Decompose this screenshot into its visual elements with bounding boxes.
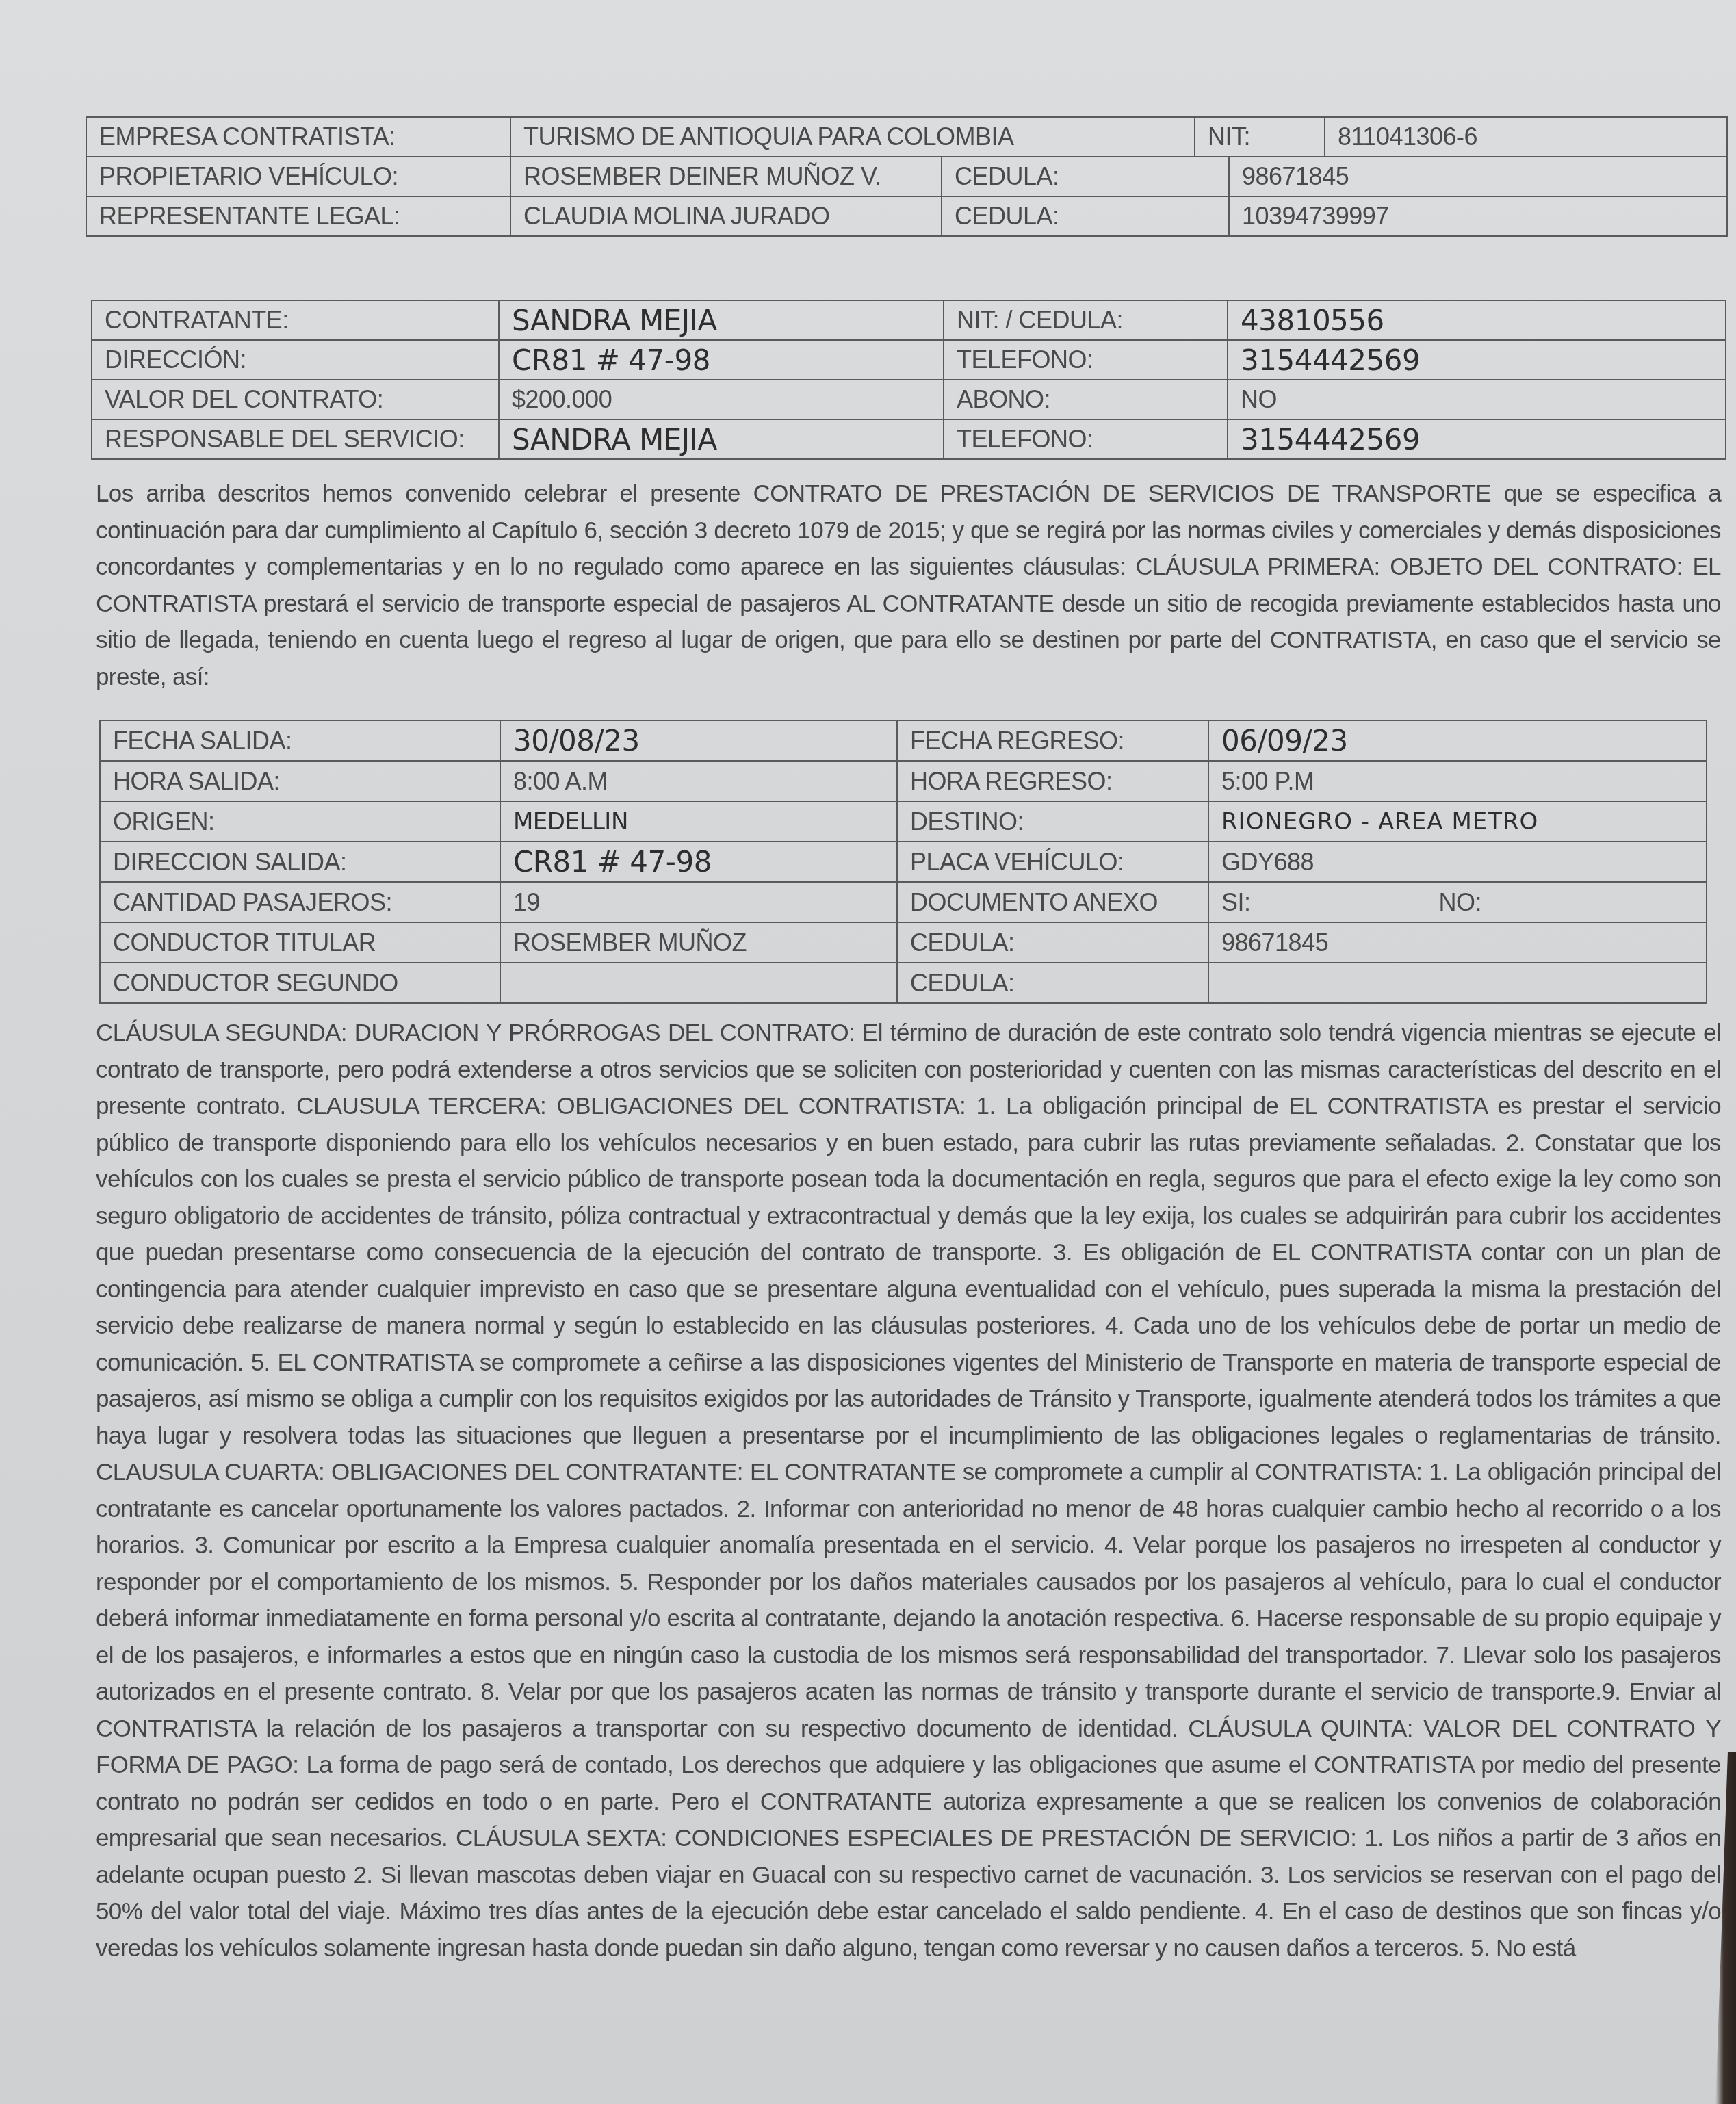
- field-label: CEDULA:: [897, 963, 1208, 1003]
- field-label: CANTIDAD PASAJEROS:: [100, 882, 500, 922]
- second-driver-id: [1208, 963, 1707, 1003]
- departure-address: CR81 # 47-98: [500, 842, 897, 882]
- field-label: NIT: / CEDULA:: [944, 300, 1228, 340]
- legal-representative: CLAUDIA MOLINA JURADO: [510, 196, 942, 236]
- field-label: PROPIETARIO VEHÍCULO:: [86, 157, 510, 196]
- representative-id: 10394739997: [1229, 196, 1727, 236]
- passenger-count: 19: [500, 882, 897, 922]
- owner-id: 98671845: [1229, 157, 1727, 196]
- field-label: NIT:: [1195, 117, 1325, 157]
- table-row: RESPONSABLE DEL SERVICIO: SANDRA MEJIA T…: [92, 419, 1726, 459]
- field-label: EMPRESA CONTRATISTA:: [86, 117, 510, 157]
- field-label: CEDULA:: [942, 157, 1229, 196]
- contractor-table-lower: PROPIETARIO VEHÍCULO: ROSEMBER DEINER MU…: [86, 156, 1728, 237]
- field-label: CONDUCTOR SEGUNDO: [100, 963, 500, 1003]
- table-row: VALOR DEL CONTRATO: $200.000 ABONO: NO: [92, 380, 1726, 419]
- table-row: DIRECCION SALIDA: CR81 # 47-98 PLACA VEH…: [100, 842, 1707, 882]
- annex-no-option: NO:: [1438, 888, 1481, 917]
- table-row: EMPRESA CONTRATISTA: TURISMO DE ANTIOQUI…: [86, 117, 1727, 157]
- return-time: 5:00 P.M: [1208, 761, 1707, 801]
- field-label: HORA SALIDA:: [100, 761, 500, 801]
- origin: MEDELLIN: [500, 801, 897, 842]
- field-label: VALOR DEL CONTRATO:: [92, 380, 499, 419]
- deposit: NO: [1228, 380, 1726, 419]
- table-row: FECHA SALIDA: 30/08/23 FECHA REGRESO: 06…: [100, 720, 1707, 761]
- field-label: CONTRATANTE:: [92, 300, 499, 340]
- second-driver: [500, 963, 897, 1003]
- field-label: FECHA SALIDA:: [100, 720, 500, 761]
- vehicle-plate: GDY688: [1208, 842, 1707, 882]
- field-label: PLACA VEHÍCULO:: [897, 842, 1208, 882]
- client-address: CR81 # 47-98: [499, 340, 944, 380]
- field-label: DIRECCIÓN:: [92, 340, 499, 380]
- field-label: ABONO:: [944, 380, 1228, 419]
- contract-value: $200.000: [499, 380, 944, 419]
- field-label: CEDULA:: [942, 196, 1229, 236]
- field-label: TELEFONO:: [944, 340, 1228, 380]
- field-label: TELEFONO:: [944, 419, 1228, 459]
- contractor-table: EMPRESA CONTRATISTA: TURISMO DE ANTIOQUI…: [86, 116, 1728, 157]
- client-id: 43810556: [1228, 300, 1726, 340]
- main-driver-id: 98671845: [1208, 922, 1707, 963]
- trip-table: FECHA SALIDA: 30/08/23 FECHA REGRESO: 06…: [99, 720, 1707, 1004]
- table-row: REPRESENTANTE LEGAL: CLAUDIA MOLINA JURA…: [86, 196, 1727, 236]
- table-row: CONDUCTOR TITULAR ROSEMBER MUÑOZ CEDULA:…: [100, 922, 1707, 963]
- field-label: DOCUMENTO ANEXO: [897, 882, 1208, 922]
- service-responsible: SANDRA MEJIA: [499, 419, 944, 459]
- field-label: DESTINO:: [897, 801, 1208, 842]
- field-label: ORIGEN:: [100, 801, 500, 842]
- client-phone: 3154442569: [1228, 340, 1726, 380]
- table-row: ORIGEN: MEDELLIN DESTINO: RIONEGRO - ARE…: [100, 801, 1707, 842]
- departure-time: 8:00 A.M: [500, 761, 897, 801]
- responsible-phone: 3154442569: [1228, 419, 1726, 459]
- client-name: SANDRA MEJIA: [499, 300, 944, 340]
- departure-date: 30/08/23: [500, 720, 897, 761]
- field-label: FECHA REGRESO:: [897, 720, 1208, 761]
- client-table: CONTRATANTE: SANDRA MEJIA NIT: / CEDULA:…: [91, 300, 1726, 460]
- destination: RIONEGRO - AREA METRO: [1208, 801, 1707, 842]
- table-row: HORA SALIDA: 8:00 A.M HORA REGRESO: 5:00…: [100, 761, 1707, 801]
- field-label: CEDULA:: [897, 922, 1208, 963]
- table-row: CONDUCTOR SEGUNDO CEDULA:: [100, 963, 1707, 1003]
- field-label: CONDUCTOR TITULAR: [100, 922, 500, 963]
- clauses-paragraph: CLÁUSULA SEGUNDA: DURACION Y PRÓRROGAS D…: [96, 1015, 1721, 1966]
- company-name: TURISMO DE ANTIOQUIA PARA COLOMBIA: [510, 117, 1195, 157]
- field-label: RESPONSABLE DEL SERVICIO:: [92, 419, 499, 459]
- company-nit: 811041306-6: [1325, 117, 1727, 157]
- table-row: DIRECCIÓN: CR81 # 47-98 TELEFONO: 315444…: [92, 340, 1726, 380]
- table-row: CONTRATANTE: SANDRA MEJIA NIT: / CEDULA:…: [92, 300, 1726, 340]
- return-date: 06/09/23: [1208, 720, 1707, 761]
- field-label: HORA REGRESO:: [897, 761, 1208, 801]
- contract-page: EMPRESA CONTRATISTA: TURISMO DE ANTIOQUI…: [0, 0, 1736, 2104]
- vehicle-owner: ROSEMBER DEINER MUÑOZ V.: [510, 157, 942, 196]
- field-label: DIRECCION SALIDA:: [100, 842, 500, 882]
- table-row: CANTIDAD PASAJEROS: 19 DOCUMENTO ANEXO S…: [100, 882, 1707, 922]
- intro-paragraph: Los arriba descritos hemos convenido cel…: [96, 476, 1721, 695]
- annex-yes-option: SI:: [1221, 888, 1251, 917]
- main-driver: ROSEMBER MUÑOZ: [500, 922, 897, 963]
- table-row: PROPIETARIO VEHÍCULO: ROSEMBER DEINER MU…: [86, 157, 1727, 196]
- annex-document: SI: NO:: [1208, 882, 1707, 922]
- field-label: REPRESENTANTE LEGAL:: [86, 196, 510, 236]
